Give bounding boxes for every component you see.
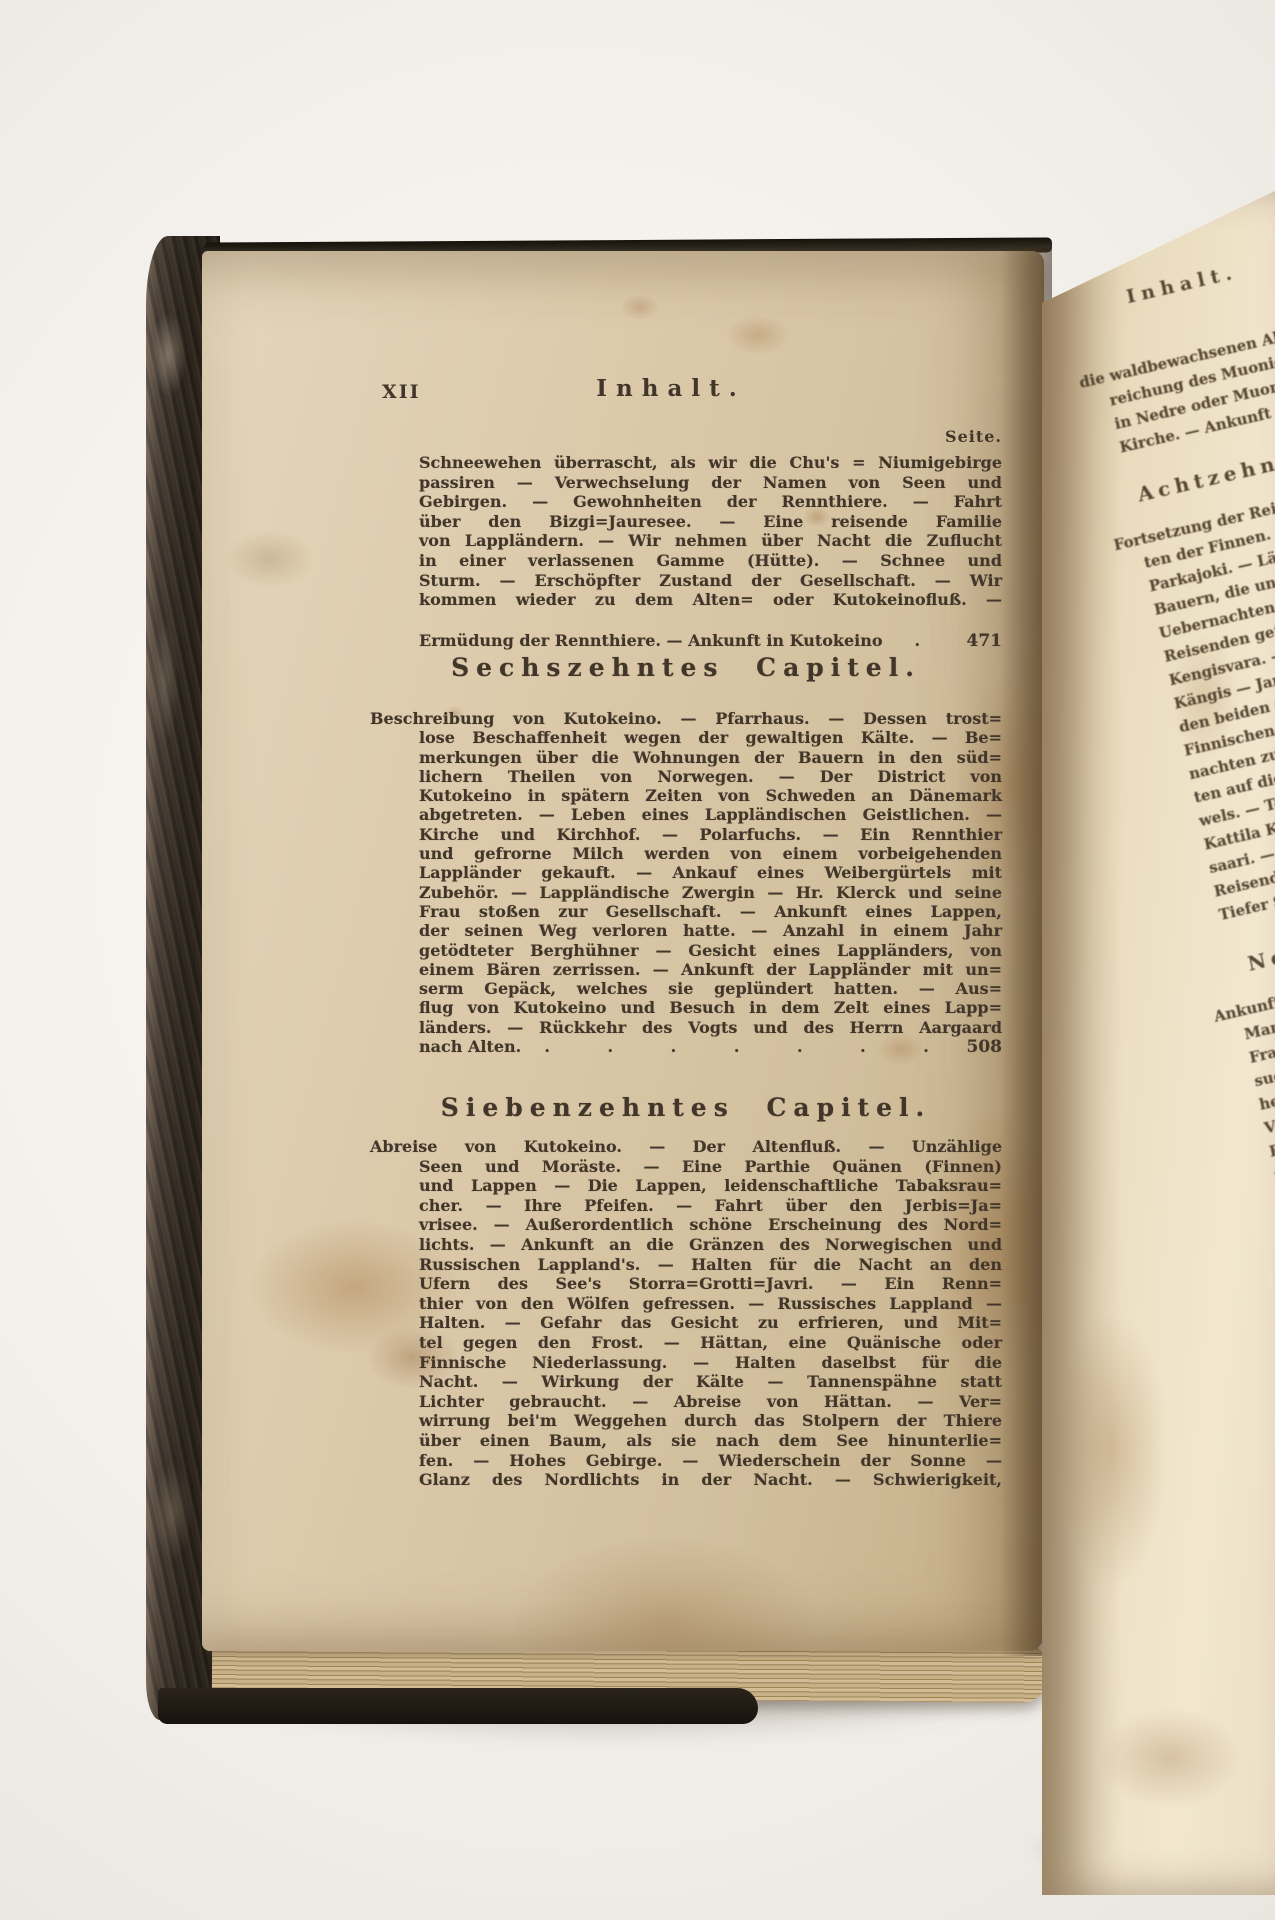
text-line: Lichter gebraucht. — Abreise von Hättan.… (419, 1392, 1002, 1412)
text-line: serm Gepäck, welches sie geplündert hatt… (419, 979, 1002, 998)
page-ref-471: 471 (952, 632, 1002, 652)
text-line: Ufern des See's Storra=Grotti=Javri. — E… (419, 1274, 1002, 1294)
text-line: Kirche und Kirchhof. — Polarfuchs. — Ein… (419, 825, 1002, 844)
text-line: lichern Theilen von Norwegen. — Der Dist… (419, 767, 1002, 786)
right-page-text-column: Inhalt. die waldbewachsenen Abhänge heru… (1062, 204, 1275, 1527)
toc-entry-chapter17: Abreise von Kutokeino. — Der Altenfluß. … (370, 1137, 1002, 1490)
text-line: thier von den Wölfen gefressen. — Russis… (419, 1294, 1002, 1314)
text-line: Zubehör. — Lappländische Zwergin — Hr. K… (419, 883, 1002, 902)
book-photo: XII Inhalt. Seite. Schneewehen überrasch… (0, 0, 1275, 1920)
text-line: cher. — Ihre Pfeifen. — Fahrt über den J… (419, 1196, 1002, 1216)
text-line: vrisee. — Außerordentlich schöne Erschei… (419, 1215, 1002, 1235)
chapter-heading-16: Sechszehntes Capitel. (370, 653, 1002, 683)
text-line: Halten. — Gefahr das Gesicht zu erfriere… (419, 1313, 1002, 1333)
toc-refline-chapter16: nach Alten. . . . . . . . 508 (419, 1037, 1002, 1058)
text-line: Russischen Lappland's. — Halten für die … (419, 1255, 1002, 1275)
text-line: Finnische Niederlassung. — Halten daselb… (419, 1353, 1002, 1373)
text-line: flug von Kutokeino und Besuch in dem Zel… (419, 998, 1002, 1017)
text-line: passiren — Verwechselung der Namen von S… (419, 473, 1002, 493)
text-line: Glanz des Nordlichts in der Nacht. — Sch… (419, 1470, 1002, 1490)
toc-entry-chapter15-continuation: Schneewehen überrascht, als wir die Chu'… (370, 453, 1002, 610)
text-line: Nacht. — Wirkung der Kälte — Tannenspähn… (419, 1372, 1002, 1392)
text-line: länders. — Rückkehr des Vogts und des He… (419, 1018, 1002, 1037)
toc-refline-chapter15: Ermüdung der Rennthiere. — Ankunft in Ku… (419, 631, 1002, 652)
right-page: Inhalt. die waldbewachsenen Abhänge heru… (1042, 183, 1275, 1895)
text-line: und gefrorne Milch werden von einem vorb… (419, 844, 1002, 863)
toc-entry-chapter16: Beschreibung von Kutokeino. — Pfarrhaus.… (370, 709, 1002, 1037)
toc-entry-chapter18: Fortsetzung der Reise nach Torneå. — Beq… (1111, 437, 1275, 933)
leader-dots: . (883, 631, 952, 651)
refline-text: nach Alten. (419, 1037, 521, 1057)
text-line: von Lappländern. — Wir nehmen über Nacht… (419, 531, 1002, 551)
text-line: Frau stoßen zur Gesellschaft. — Ankunft … (419, 902, 1002, 921)
toc-entry-chapter17-end: die waldbewachsenen Abhänge herunterzufa… (1077, 275, 1275, 466)
text-line: Sturm. — Erschöpfter Zustand der Gesells… (419, 571, 1002, 591)
page-header: XII Inhalt. (370, 376, 1002, 406)
leader-dots: . . . . . . . (521, 1037, 952, 1057)
text-line: Schneewehen überrascht, als wir die Chu'… (419, 453, 1002, 473)
seite-label: Seite. (945, 428, 1002, 446)
chapter-heading-17: Siebenzehntes Capitel. (370, 1093, 1002, 1123)
text-line: tel gegen den Frost. — Hättan, eine Quän… (419, 1333, 1002, 1353)
text-line: über einen Baum, als sie nach dem See hi… (419, 1431, 1002, 1451)
text-line: und Lappen — Die Lappen, leidenschaftlic… (419, 1176, 1002, 1196)
text-line: Gebirgen. — Gewohnheiten der Rennthiere.… (419, 492, 1002, 512)
text-line: getödteter Berghühner — Gesicht eines La… (419, 941, 1002, 960)
text-line: kommen wieder zu dem Alten= oder Kutokei… (419, 590, 1002, 610)
book-cover-bottom-edge (158, 1688, 758, 1724)
text-line: in einer verlassenen Gamme (Hütte). — Sc… (419, 551, 1002, 571)
page-title: Inhalt. (1124, 204, 1275, 308)
text-line: Seen und Moräste. — Eine Parthie Quänen … (419, 1157, 1002, 1177)
text-line: Abreise von Kutokeino. — Der Altenfluß. … (370, 1137, 1002, 1157)
text-line: über den Bizgi=Jauresee. — Eine reisende… (419, 512, 1002, 532)
refline-text: Ermüdung der Rennthiere. — Ankunft in Ku… (419, 631, 883, 651)
text-line: merkungen über die Wohnungen der Bauern … (419, 748, 1002, 767)
text-line: fen. — Hohes Gebirge. — Wiederschein der… (419, 1451, 1002, 1471)
text-line: lichts. — Ankunft an die Gränzen des Nor… (419, 1235, 1002, 1255)
text-line: der seinen Weg verloren hatte. — Anzahl … (419, 921, 1002, 940)
text-line: Beschreibung von Kutokeino. — Pfarrhaus.… (370, 709, 1002, 728)
left-page-text-column: XII Inhalt. Seite. Schneewehen überrasch… (370, 251, 1002, 1651)
text-line: abgetreten. — Leben eines Lappländischen… (419, 805, 1002, 824)
text-line: einem Bären zerrissen. — Ankunft der Lap… (419, 960, 1002, 979)
page-ref-508: 508 (952, 1038, 1002, 1058)
text-line: Lappländer gekauft. — Ankauf eines Weibe… (419, 863, 1002, 882)
text-line: wirrung bei'm Weggehen durch das Stolper… (419, 1411, 1002, 1431)
text-line: Kutokeino in spätern Zeiten von Schweden… (419, 786, 1002, 805)
left-page: XII Inhalt. Seite. Schneewehen überrasch… (202, 251, 1044, 1651)
text-line: lose Beschaffenheit wegen der gewaltigen… (419, 728, 1002, 747)
page-title: Inhalt. (370, 376, 972, 402)
